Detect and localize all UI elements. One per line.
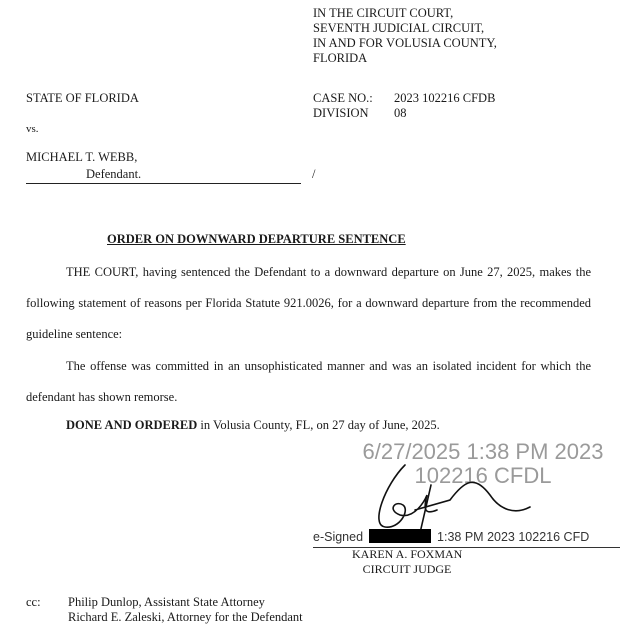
case-info: CASE NO.:2023 102216 CFDB DIVISION08	[313, 91, 495, 121]
cc-list: cc: Philip Dunlop, Assistant State Attor…	[26, 595, 303, 625]
cc-label: cc:	[26, 595, 68, 610]
judge-name: KAREN A. FOXMAN	[352, 547, 462, 562]
versus: vs.	[26, 123, 39, 135]
judge-title: CIRCUIT JUDGE	[352, 562, 462, 577]
order-paragraph-1: THE COURT, having sentenced the Defendan…	[26, 257, 591, 350]
case-number: 2023 102216 CFDB	[394, 91, 495, 105]
court-caption: IN THE CIRCUIT COURT, SEVENTH JUDICIAL C…	[313, 6, 497, 66]
e-signed-line: e-Signed1:38 PM 2023 102216 CFD	[313, 529, 589, 544]
caption-line: SEVENTH JUDICIAL CIRCUIT,	[313, 21, 497, 36]
caption-line: IN AND FOR VOLUSIA COUNTY,	[313, 36, 497, 51]
defendant-underline	[26, 167, 301, 184]
order-title: ORDER ON DOWNWARD DEPARTURE SENTENCE	[107, 232, 406, 247]
caption-line: IN THE CIRCUIT COURT,	[313, 6, 497, 21]
case-no-label: CASE NO.:	[313, 91, 394, 106]
division-number: 08	[394, 106, 407, 120]
plaintiff: STATE OF FLORIDA	[26, 91, 139, 106]
order-paragraph-2: The offense was committed in an unsophis…	[26, 351, 591, 413]
defendant-name: MICHAEL T. WEBB,	[26, 150, 137, 165]
cc-recipient: Richard E. Zaleski, Attorney for the Def…	[68, 610, 303, 625]
redaction-box	[369, 529, 431, 543]
defendant-label: Defendant.	[86, 167, 141, 182]
done-and-ordered: DONE AND ORDERED in Volusia County, FL, …	[66, 418, 440, 433]
handwritten-signature	[365, 455, 545, 535]
caption-slash: /	[312, 167, 315, 182]
cc-recipient: Philip Dunlop, Assistant State Attorney	[68, 595, 303, 610]
caption-line: FLORIDA	[313, 51, 497, 66]
division-label: DIVISION	[313, 106, 394, 121]
judge-block: KAREN A. FOXMAN CIRCUIT JUDGE	[352, 547, 462, 577]
